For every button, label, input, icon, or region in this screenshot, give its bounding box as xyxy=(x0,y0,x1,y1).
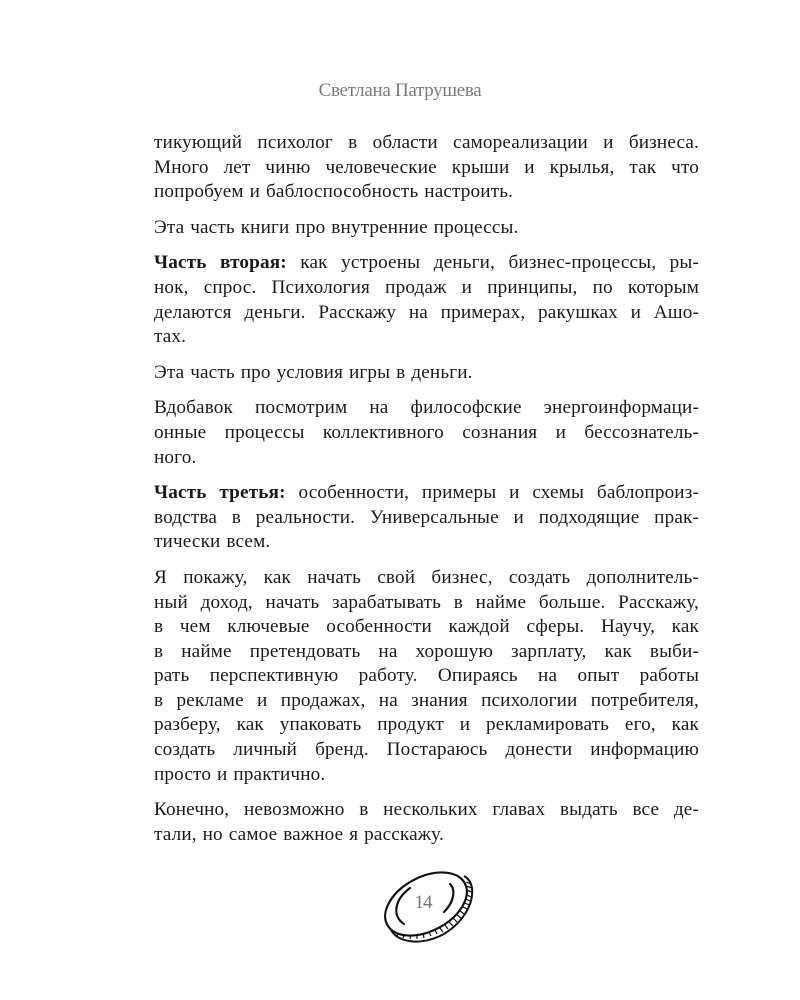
part-two-heading: Часть вторая: xyxy=(154,252,287,273)
body-text: тикующий психолог в области самореализац… xyxy=(154,131,699,858)
text-line: разберу, как упаковать продукт и реклами… xyxy=(154,713,699,738)
text-line: онные процессы коллективного сознания и … xyxy=(154,421,699,446)
running-head: Светлана Патрушева xyxy=(0,80,800,102)
text-line: тически всем. xyxy=(154,530,699,555)
paragraph-part-two-summary: Эта часть про условия игры в деньги. xyxy=(154,361,699,386)
text-line: Эта часть про условия игры в деньги. xyxy=(154,361,699,386)
text-line: в рекламе и продажах, на знания психолог… xyxy=(154,689,699,714)
text-line: ного. xyxy=(154,446,699,471)
text-line: тикующий психолог в области самореализац… xyxy=(154,131,699,156)
paragraph-part-three: Часть третья: особенности, примеры и схе… xyxy=(154,481,699,555)
text-line: нок, спрос. Психология продаж и принципы… xyxy=(154,276,699,301)
text-line: Вдобавок посмотрим на философские энерго… xyxy=(154,396,699,421)
text-line: тали, но самое важное я расскажу. xyxy=(154,823,699,848)
part-three-heading: Часть третья: xyxy=(154,482,286,503)
text-line: ный доход, начать зарабатывать в найме б… xyxy=(154,591,699,616)
text-line: тах. xyxy=(154,325,699,350)
text-line: Конечно, невозможно в нескольких главах … xyxy=(154,798,699,823)
text-line: попробуем и баблоспособность настроить. xyxy=(154,180,699,205)
text-line: в чем ключевые особенности каждой сферы.… xyxy=(154,615,699,640)
text-line: просто и практично. xyxy=(154,763,699,788)
text-line: Я покажу, как начать свой бизнес, создат… xyxy=(154,566,699,591)
paragraph-part-one-summary: Эта часть книги про внутренние процессы. xyxy=(154,216,699,241)
text-line: Эта часть книги про внутренние процессы. xyxy=(154,216,699,241)
text-run: как устроены деньги, бизнес-процессы, ры… xyxy=(287,252,699,273)
text-line: водства в реальности. Универсальные и по… xyxy=(154,506,699,531)
paragraph-philosophy: Вдобавок посмотрим на философские энерго… xyxy=(154,396,699,470)
text-line: рать перспективную работу. Опираясь на о… xyxy=(154,664,699,689)
paragraph-closing: Конечно, невозможно в нескольких главах … xyxy=(154,798,699,847)
text-line: Много лет чиню человеческие крыши и крыл… xyxy=(154,156,699,181)
text-line: Часть вторая: как устроены деньги, бизне… xyxy=(154,251,699,276)
paragraph-promises: Я покажу, как начать свой бизнес, создат… xyxy=(154,566,699,787)
page-number: 14 xyxy=(410,892,436,914)
paragraph-part-two: Часть вторая: как устроены деньги, бизне… xyxy=(154,251,699,349)
text-run: особенности, примеры и схемы баблопроиз- xyxy=(286,482,699,503)
paragraph-intro: тикующий психолог в области самореализац… xyxy=(154,131,699,205)
page-folio: 14 xyxy=(374,866,480,950)
text-line: делаются деньги. Расскажу на примерах, р… xyxy=(154,301,699,326)
text-line: создать личный бренд. Постараюсь донести… xyxy=(154,738,699,763)
text-line: в найме претендовать на хорошую зарплату… xyxy=(154,640,699,665)
text-line: Часть третья: особенности, примеры и схе… xyxy=(154,481,699,506)
